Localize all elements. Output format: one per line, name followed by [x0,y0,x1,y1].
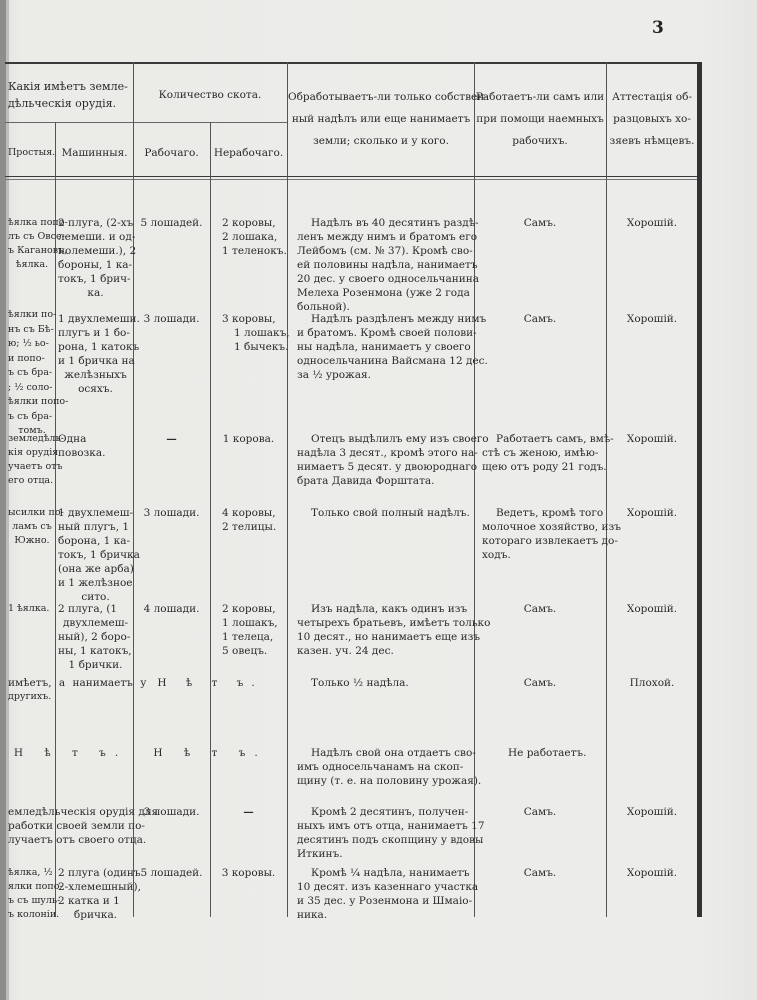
line: 1 двухлемеши. [58,312,133,326]
cell-labor: Самъ. [474,602,606,616]
table-top-rule [5,62,702,64]
header-bottom-rule-2 [5,179,697,180]
cell-land: Надѣлъ раздѣленъ между нимъ и братомъ. К… [297,312,473,382]
line: емледѣльческія орудія для [8,805,133,819]
line: Лейбомъ (см. № 37). Кромѣ сво- [297,244,473,258]
line: ѣялки по- [8,308,56,323]
line: имъ односельчанамъ на скоп- [297,760,473,774]
header-line: ный надѣлъ или еще нанимаетъ [288,112,474,126]
line: 2 плуга, (2-хъ [58,216,133,230]
header-land: Обработываетъ-ли только собствен- ный на… [288,90,474,148]
line: Иткинъ. [297,847,473,861]
line: ный плугъ, 1 [58,520,133,534]
header-line: дѣльческія орудія. [8,97,133,111]
line: борона, 1 ка- [58,534,133,548]
line: 2 плуга, (1 [58,602,133,616]
cell-attestation: Хорошій. [606,216,698,230]
cell-working: — [133,432,210,446]
cell-land: Только ½ надѣла. [297,676,473,690]
line: земледѣль- [8,432,56,446]
header-implements: Какія имѣетъ земле- дѣльческія орудія. [8,80,133,111]
line: лъ съ Овсе- [8,230,56,244]
header-attestation: Аттестація об- разцовыхъ хо- зяевъ нѣмце… [606,90,698,148]
cell-working: 3 лошади. [133,312,210,326]
cell-attestation: Хорошій. [606,602,698,616]
cell-working: 3 лошади. [133,805,210,819]
header-simple: Простыя. [8,146,55,160]
cell-working: 5 лошадей. [133,216,210,230]
implements-subheader-rule [5,122,133,123]
line: и 1 бричка на [58,354,133,368]
line: брата Давида Форштата. [297,474,473,488]
line: рона, 1 катокъ [58,340,133,354]
line: лемеши. и од- [58,230,133,244]
line: односельчанина Вайсмана 12 дес. [297,354,473,368]
line: токъ, 1 брич- [58,272,133,286]
cell-labor: Ведетъ, кромѣ того молочное хозяйство, и… [482,506,604,562]
line: ю; ½ ьо- [8,337,56,352]
line: токъ, 1 бричка [58,548,133,562]
line: учаетъ отъ [8,460,56,474]
line: 2 плуга (одинъ [58,866,133,880]
cell-nonworking: — [210,805,287,819]
line: 2 коровы, [222,216,287,230]
cell-machine: 2 плуга, (1 двухлемеш- ный), 2 боро- ны,… [58,602,133,672]
line: работки своей земли по- [8,819,133,833]
line: Изъ надѣла, какъ одинъ изъ [297,602,473,616]
document-page: 3 Какія имѣетъ земле- дѣльческія орудія.… [0,0,757,1000]
line: Мелеха Розенмона (уже 2 года [297,286,473,300]
line: 1 лошакъ, [222,616,287,630]
line: надѣла 3 десят., кромѣ этого на- [297,446,473,460]
line: Ведетъ, кромѣ того [482,506,604,520]
line: его отца. [8,474,56,488]
cell-simple: ысилки по- ламъ съ Южно. [8,506,56,548]
cell-machine: Одна повозка. [58,432,133,460]
cell-machine: 2 плуга (одинъ 2-хлемешный), 2 катка и 1… [58,866,133,922]
line: лучаетъ отъ своего отца. [8,833,133,847]
line: четырехъ братьевъ, имѣетъ только [297,616,473,630]
header-line: Обработываетъ-ли только собствен- [288,90,474,104]
line: ; ½ соло- [8,381,56,396]
header-livestock: Количество скота. [133,88,287,102]
header-line: Работаетъ-ли самъ или [474,90,606,104]
cell-simple: ѣялка, ½ ялки попо- ъ съ шуль- ъ колоніи… [8,866,56,922]
cell-nonworking: 1 корова. [210,432,287,446]
line: осяхъ. [58,382,133,396]
line: ный), 2 боро- [58,630,133,644]
line: котораго извлекаетъ до- [482,534,604,548]
page-number: 3 [652,18,664,38]
header-labor: Работаетъ-ли самъ или при помощи наемных… [474,90,606,148]
cell-attestation: Хорошій. [606,432,698,446]
line: (она же арба) [58,562,133,576]
cell-labor: Самъ. [474,866,606,880]
col-rule-5 [474,62,475,917]
line: Работаетъ самъ, вмѣ- [482,432,604,446]
line: десятинъ подъ скопщину у вдовы [297,833,473,847]
header-line: при помощи наемныхъ [474,112,606,126]
cell-attestation: Плохой. [606,676,698,690]
cell-land: Отецъ выдѣлилъ ему изъ своего надѣла 3 д… [297,432,473,488]
cell-simple: ѣялки по- нъ съ Бѣ- ю; ½ ьо- и попо- ъ с… [8,308,56,439]
cell-land: Надѣлъ въ 40 десятинъ раздѣ- ленъ между … [297,216,473,314]
cell-implements-span: емледѣльческія орудія для работки своей … [8,805,133,847]
line: и попо- [8,352,56,367]
line: другихъ. [8,690,133,704]
line: 5 овецъ. [222,644,287,658]
cell-land: Изъ надѣла, какъ одинъ изъ четырехъ брат… [297,602,473,658]
line: 3 коровы, [222,312,287,326]
cell-simple: земледѣль- кія орудія учаетъ отъ его отц… [8,432,56,488]
cell-implements-span: имѣетъ, а нанимаетъ у другихъ. [8,676,133,704]
line: бричка. [58,908,133,922]
cell-attestation: Хорошій. [606,866,698,880]
line: казен. уч. 24 дес. [297,644,473,658]
header-working: Рабочаго. [133,146,210,160]
header-line: Какія имѣетъ земле- [8,80,133,94]
header-nonworking: Нерабочаго. [210,146,287,160]
cell-working: 4 лошади. [133,602,210,616]
line: и 35 дес. у Розенмона и Шмаіо- [297,894,473,908]
cell-working: 3 лошади. [133,506,210,520]
line: ѣялка, ½ [8,866,56,880]
line: 1 теленокъ. [222,244,287,258]
line: 1 двухлемеш- [58,506,133,520]
header-line: рабочихъ. [474,134,606,148]
line: двухлемеш- [58,616,133,630]
cell-implements-span: Н ѣ т ъ. [8,746,133,760]
line: Кромѣ ¼ надѣла, нанимаетъ [297,866,473,880]
cell-livestock-span: Н ѣ т ъ. [133,746,287,760]
line: желѣзныхъ [58,368,133,382]
line: ленъ между нимъ и братомъ его [297,230,473,244]
cell-machine: 1 двухлемеш- ный плугъ, 1 борона, 1 ка- … [58,506,133,604]
cell-nonworking: 3 коровы, 1 лошакъ, 1 бычекъ. [222,312,287,354]
line: 2 телицы. [222,520,287,534]
line: Надѣлъ свой она отдаетъ сво- [297,746,473,760]
header-machine: Машинныя. [56,146,133,160]
line: Кромѣ 2 десятинъ, получен- [297,805,473,819]
cell-nonworking: 2 коровы, 2 лошака, 1 теленокъ. [222,216,287,258]
line: ъ Кагановъ, [8,244,56,258]
cell-nonworking: 3 коровы. [210,866,287,880]
cell-labor: Самъ. [474,676,606,690]
line: 1 телеца, [222,630,287,644]
col-rule-6 [606,62,607,917]
line: ламъ съ [8,520,56,534]
line: ысилки по- [8,506,56,520]
header-line: зяевъ нѣмцевъ. [606,134,698,148]
cell-labor: Самъ. [474,312,606,326]
line: Только свой полный надѣлъ. [297,506,473,520]
line: ѣялки попо- [8,395,56,410]
cell-land: Кромѣ ¼ надѣла, нанимаетъ 10 десят. изъ … [297,866,473,922]
cell-simple: 1 ѣялка. [8,602,56,616]
line: Надѣлъ раздѣленъ между нимъ [297,312,473,326]
line: ѣялка попо- [8,216,56,230]
line: и 1 желѣзное [58,576,133,590]
line: 2-хлемешный), [58,880,133,894]
line: ъ колоніи. [8,908,56,922]
line: молочное хозяйство, изъ [482,520,604,534]
cell-attestation: Хорошій. [606,312,698,326]
line: 10 десят. изъ казеннаго участка [297,880,473,894]
line: 2 катка и 1 [58,894,133,908]
cell-nonworking: 2 коровы, 1 лошакъ, 1 телеца, 5 овецъ. [222,602,287,658]
cell-land: Кромѣ 2 десятинъ, получен- ныхъ имъ отъ … [297,805,473,861]
line: ѣялка. [8,258,56,272]
col-rule-3 [210,122,211,917]
cell-livestock-span: Н ѣ т ъ. [133,676,287,690]
line: нимаетъ 5 десят. у двоюроднаго [297,460,473,474]
cell-machine: 1 двухлемеши. плугъ и 1 бо- рона, 1 като… [58,312,133,396]
line: 2 лошака, [222,230,287,244]
line: ъ съ шуль- [8,894,56,908]
line: ны надѣла, нанимаетъ у своего [297,340,473,354]
line: бороны, 1 ка- [58,258,133,272]
cell-working: 5 лошадей. [133,866,210,880]
line: 1 бычекъ. [222,340,287,354]
line: кія орудія [8,446,56,460]
line: 4 коровы, [222,506,287,520]
cell-nonworking: 4 коровы, 2 телицы. [222,506,287,534]
line: и братомъ. Кромѣ своей полови- [297,326,473,340]
line: 1 брички. [58,658,133,672]
table-right-border [697,62,702,917]
cell-labor: Не работаетъ. [508,746,606,760]
cell-simple: ѣялка попо- лъ съ Овсе- ъ Кагановъ, ѣялк… [8,216,56,272]
cell-labor: Самъ. [474,216,606,230]
cell-land: Только свой полный надѣлъ. [297,506,473,520]
line: щину (т. е. на половину урожая). [297,774,473,788]
line: ника. [297,908,473,922]
line: имѣетъ, а нанимаетъ у [8,676,133,690]
header-line: Аттестація об- [606,90,698,104]
header-line: земли; сколько и у кого. [288,134,474,148]
line: Отецъ выдѣлилъ ему изъ своего [297,432,473,446]
line: 10 десят., но нанимаетъ еще изъ [297,630,473,644]
cell-attestation: Хорошій. [606,506,698,520]
line: Надѣлъ въ 40 десятинъ раздѣ- [297,216,473,230]
line: щею отъ роду 21 годъ. [482,460,604,474]
cell-attestation: Хорошій. [606,805,698,819]
line: ялки попо- [8,880,56,894]
line: 1 лошакъ, [222,326,287,340]
line: ходъ. [482,548,604,562]
col-rule-4 [287,62,288,917]
cell-labor: Самъ. [474,805,606,819]
cell-labor: Работаетъ самъ, вмѣ- стѣ съ женою, имѣю-… [482,432,604,474]
line: 20 дес. у своего односельчанина [297,272,473,286]
cell-machine: 2 плуга, (2-хъ лемеши. и од- нолемеши.),… [58,216,133,300]
line: 2 коровы, [222,602,287,616]
line: Южно. [8,534,56,548]
line: ны, 1 катокъ, [58,644,133,658]
line: плугъ и 1 бо- [58,326,133,340]
line: ка. [58,286,133,300]
line: ъ съ бра- [8,366,56,381]
line: стѣ съ женою, имѣю- [482,446,604,460]
line: ей половины надѣла, нанимаетъ [297,258,473,272]
line: Только ½ надѣла. [297,676,473,690]
line: нолемеши.), 2 [58,244,133,258]
header-bottom-rule [5,176,697,177]
line: ныхъ имъ отъ отца, нанимаетъ 17 [297,819,473,833]
col-rule-2 [133,62,134,917]
line: за ½ урожая. [297,368,473,382]
header-line: разцовыхъ хо- [606,112,698,126]
cell-land: Надѣлъ свой она отдаетъ сво- имъ односел… [297,746,473,788]
line: ъ съ бра- [8,410,56,425]
line: нъ съ Бѣ- [8,323,56,338]
